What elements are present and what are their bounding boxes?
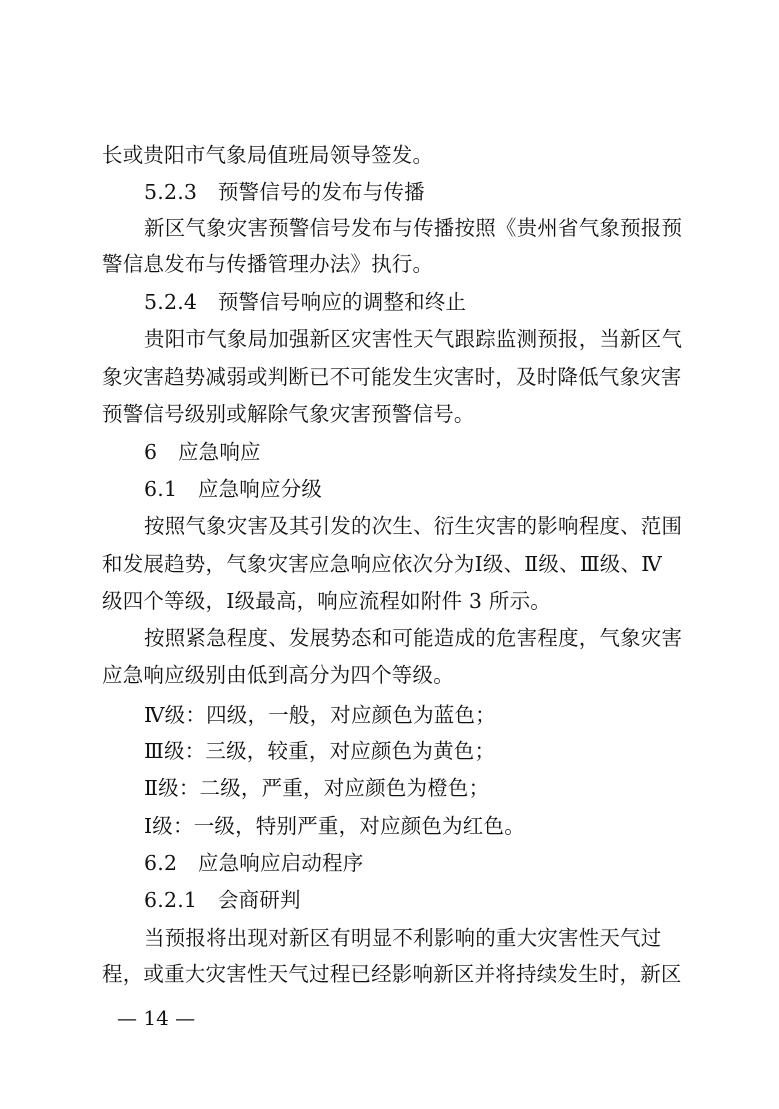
level-iii-item: Ⅲ级：三级，较重，对应颜色为黄色； [144, 739, 744, 763]
level-iv-item: Ⅳ级：四级，一般，对应颜色为蓝色； [144, 703, 744, 727]
section-heading-6-1: 6.1 应急响应分级 [144, 477, 744, 501]
section-heading-5-2-3: 5.2.3 预警信号的发布与传播 [144, 180, 744, 204]
section-heading-6: 6 应急响应 [144, 440, 744, 464]
level-ii-item: Ⅱ级：二级，严重，对应颜色为橙色； [144, 776, 744, 800]
body-text-line: 和发展趋势，气象灾害应急响应依次分为Ⅰ级、Ⅱ级、Ⅲ级、Ⅳ [102, 552, 702, 576]
section-heading-6-2: 6.2 应急响应启动程序 [144, 851, 744, 875]
document-page: 长或贵阳市气象局值班局领导签发。 5.2.3 预警信号的发布与传播 新区气象灾害… [0, 0, 779, 1109]
section-heading-6-2-1: 6.2.1 会商研判 [144, 888, 744, 912]
body-text-line: 警信息发布与传播管理办法》执行。 [102, 252, 702, 276]
body-text-line: 级四个等级，Ⅰ级最高，响应流程如附件 3 所示。 [102, 589, 702, 613]
body-text-line: 当预报将出现对新区有明显不利影响的重大灾害性天气过 [144, 926, 744, 950]
body-text-line: 象灾害趋势减弱或判断已不可能发生灾害时，及时降低气象灾害 [102, 365, 702, 389]
body-text-line: 新区气象灾害预警信号发布与传播按照《贵州省气象预报预 [144, 216, 744, 240]
body-text-line: 程，或重大灾害性天气过程已经影响新区并将持续发生时，新区 [102, 962, 702, 986]
level-i-item: Ⅰ级：一级，特别严重，对应颜色为红色。 [144, 814, 744, 838]
body-text-line: 按照紧急程度、发展势态和可能造成的危害程度，气象灾害 [144, 626, 744, 650]
page-number: — 14 — [117, 1006, 195, 1030]
section-heading-5-2-4: 5.2.4 预警信号响应的调整和终止 [144, 290, 744, 314]
body-text-line: 贵阳市气象局加强新区灾害性天气跟踪监测预报，当新区气 [144, 327, 744, 351]
body-text-line: 按照气象灾害及其引发的次生、衍生灾害的影响程度、范围 [144, 514, 744, 538]
body-text-line: 长或贵阳市气象局值班局领导签发。 [102, 143, 702, 167]
body-text-line: 预警信号级别或解除气象灾害预警信号。 [102, 402, 702, 426]
body-text-line: 应急响应级别由低到高分为四个等级。 [102, 663, 702, 687]
